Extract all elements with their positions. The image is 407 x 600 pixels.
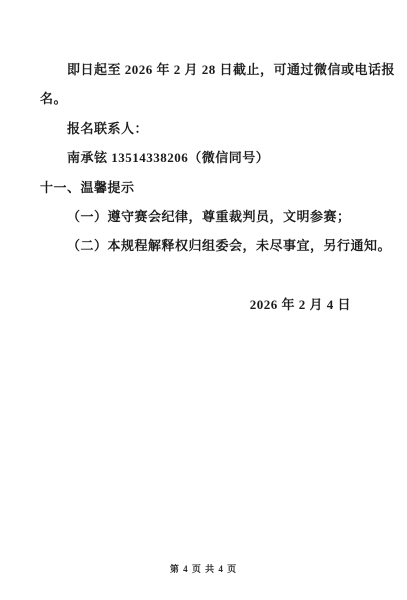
tip-item-1: （一）遵守赛会纪律，尊重裁判员，文明参赛； <box>40 202 367 231</box>
registration-deadline-line-1: 即日起至 2026 年 2 月 28 日截止，可通过微信或电话报 <box>40 55 367 84</box>
contact-label: 报名联系人： <box>40 114 367 143</box>
document-page: 即日起至 2026 年 2 月 28 日截止，可通过微信或电话报 名。 报名联系… <box>0 0 407 600</box>
document-date: 2026 年 2 月 4 日 <box>40 290 367 319</box>
blank-line <box>40 261 367 290</box>
tip-item-2: （二）本规程解释权归组委会，未尽事宜，另行通知。 <box>40 231 367 260</box>
section-heading: 十一、温馨提示 <box>40 173 367 202</box>
contact-info: 南承铉 13514338206（微信同号） <box>40 143 367 172</box>
page-number-indicator: 第 4 页 共 4 页 <box>0 562 407 575</box>
registration-deadline-line-2: 名。 <box>40 84 367 113</box>
